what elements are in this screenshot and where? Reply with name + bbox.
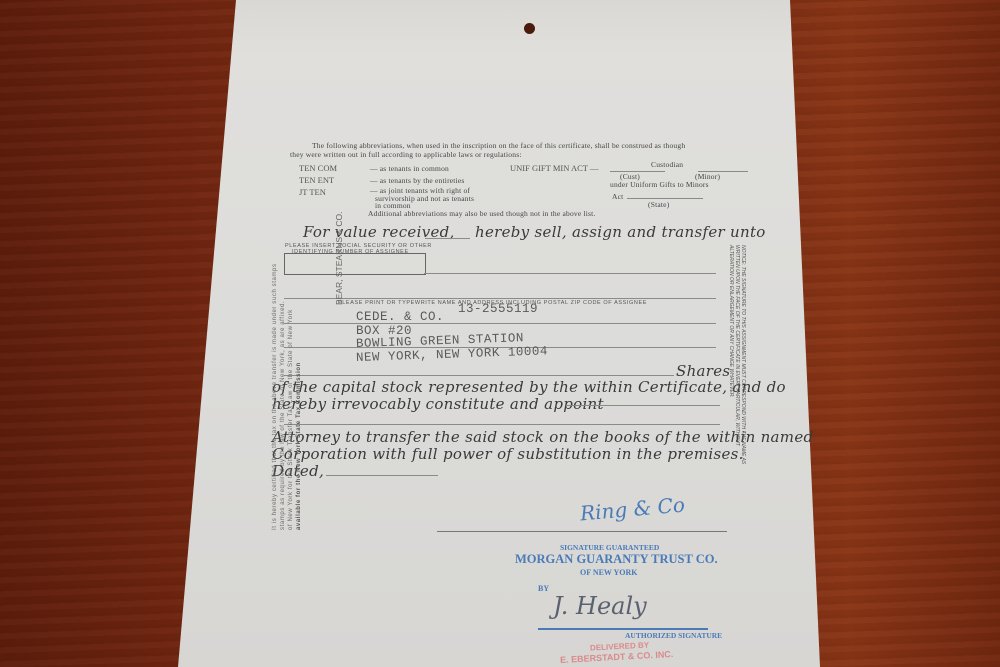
additional-abbreviations-note: Additional abbreviations may also be use… [368, 209, 596, 218]
attorney-line-1 [566, 405, 720, 406]
state-line [627, 198, 703, 199]
abbr-ten-ent: TEN ENT [299, 175, 334, 185]
assignee-line-3 [284, 323, 716, 324]
guarantor-signature: J. Healy [553, 592, 647, 620]
abbr-ten-com-meaning: — as tenants in common [370, 164, 449, 173]
guarantor-signature-line [538, 628, 708, 630]
act-label: Act [612, 192, 623, 201]
signature-guaranteed-label: SIGNATURE GUARANTEED [560, 543, 659, 552]
body-line-2: hereby irrevocably constitute and appoin… [272, 395, 604, 413]
guarantor-bank-name: MORGAN GUARANTY TRUST CO. [515, 552, 718, 567]
intro-line-2: they were written out in full according … [290, 150, 522, 159]
left-margin-text-3: of New York for the Stock Transfer Tax L… [288, 309, 294, 530]
attorney-line-2 [284, 424, 720, 425]
assignee-line-2 [284, 298, 716, 299]
value-line [425, 238, 470, 239]
unif-gift-label: UNIF GIFT MIN ACT — [510, 163, 598, 173]
ssn-input-box[interactable] [284, 253, 426, 275]
hereby-sell-assign: hereby sell, assign and transfer unto [475, 223, 766, 241]
left-margin-text-2: stamps as required by the law of the Sta… [280, 301, 286, 530]
abbr-ten-ent-meaning: — as tenants by the entireties [370, 176, 465, 185]
left-margin-text-1: It is hereby certified that the tax on t… [272, 263, 278, 530]
assignee-line-1 [424, 273, 716, 274]
bear-stearns-vertical-stamp: BEAR, STEARNS & CO. [334, 211, 344, 305]
custodian-label: Custodian [651, 160, 683, 169]
shares-line [284, 375, 674, 376]
signature-line [437, 531, 727, 532]
guarantor-city: OF NEW YORK [580, 568, 637, 577]
dated-line [326, 475, 438, 476]
signature-notice: NOTICE: THE SIGNATURE TO THIS ASSIGNMENT… [728, 245, 746, 475]
assignee-tax-id: 13-2555119 [458, 302, 538, 316]
assignee-name: CEDE. & CO. [356, 310, 444, 324]
by-label: BY [538, 584, 549, 593]
punch-hole [524, 23, 535, 34]
body-line-4: Corporation with full power of substitut… [272, 445, 744, 463]
uniform-gifts-label: under Uniform Gifts to Minors [610, 180, 709, 189]
left-margin-text-4: available for the New York State Tax Com… [296, 362, 302, 530]
authorized-signature-label: AUTHORIZED SIGNATURE [625, 631, 722, 640]
intro-line-1: The following abbreviations, when used i… [312, 141, 685, 150]
body-line-1: of the capital stock represented by the … [272, 378, 786, 396]
state-label: (State) [648, 200, 669, 209]
abbr-ten-com: TEN COM [299, 163, 337, 173]
abbr-jt-ten: JT TEN [299, 187, 326, 197]
